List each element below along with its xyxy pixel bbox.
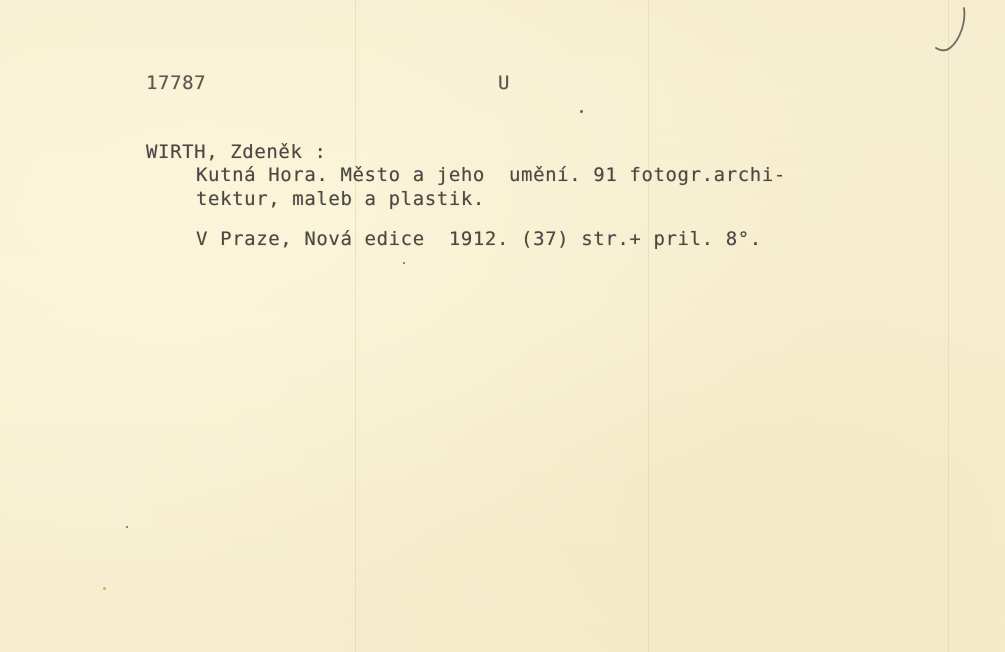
paper-speck	[126, 526, 128, 528]
title-line-1: Kutná Hora. Město a jeho umění. 91 fotog…	[196, 166, 786, 185]
title-line-2: tektur, maleb a plastik.	[196, 190, 485, 209]
paper-speck	[103, 587, 106, 590]
check-mark-icon	[930, 4, 970, 56]
library-catalog-card: 17787 U WIRTH, Zdeněk : Kutná Hora. Měst…	[0, 0, 1005, 652]
location-mark: U	[498, 74, 510, 93]
paper-crease	[948, 0, 949, 652]
imprint-line: V Praze, Nová edice 1912. (37) str.+ pri…	[196, 230, 762, 249]
call-number: 17787	[146, 74, 206, 93]
paper-crease	[648, 0, 649, 652]
paper-speck	[403, 262, 405, 264]
paper-crease	[355, 0, 356, 652]
author-heading: WIRTH, Zdeněk :	[146, 143, 327, 162]
paper-speck	[580, 110, 583, 113]
